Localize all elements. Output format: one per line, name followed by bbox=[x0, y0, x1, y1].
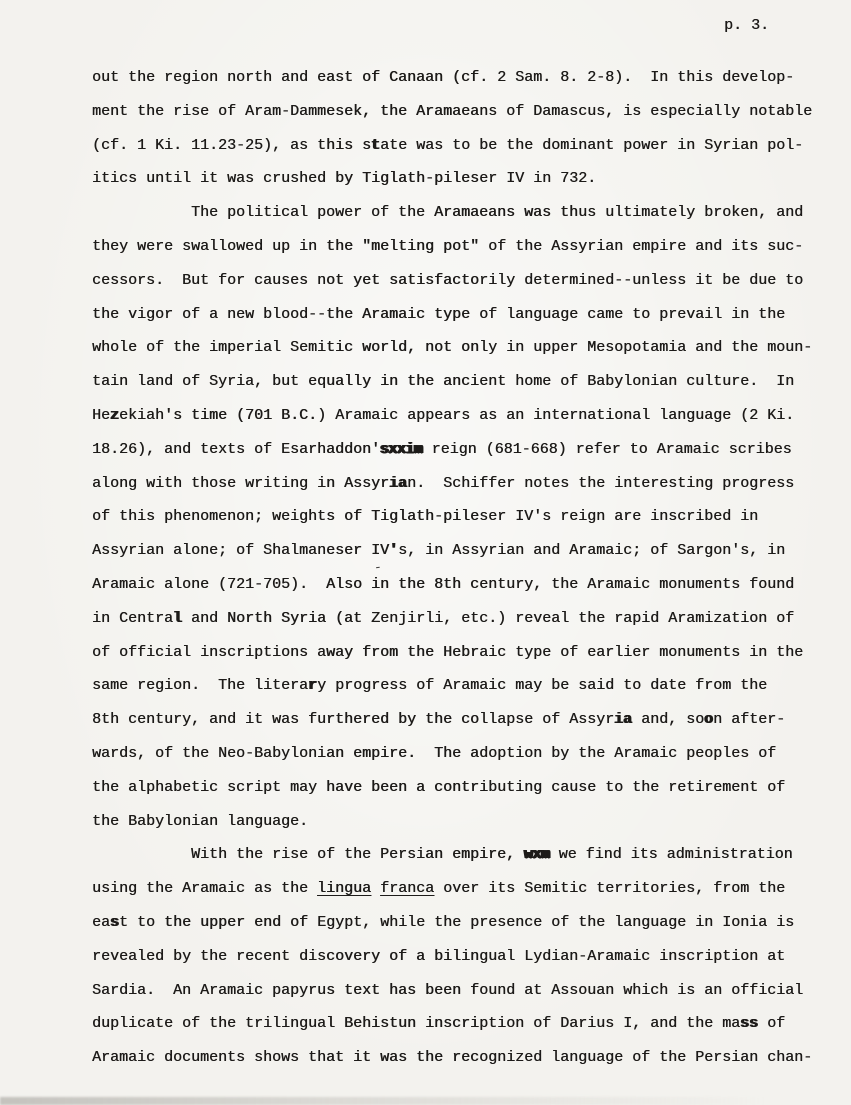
text-line: the vigor of a new blood--the Aramaic ty… bbox=[92, 298, 814, 332]
text-line: 8th century, and it was furthered by the… bbox=[92, 703, 814, 737]
text-line: same region. The literary progress of Ar… bbox=[92, 669, 814, 703]
page-number: p. 3. bbox=[724, 17, 769, 34]
text-line: out the region north and east of Canaan … bbox=[92, 61, 814, 95]
text-line: Hezekiah's time (701 B.C.) Aramaic appea… bbox=[92, 399, 814, 433]
text-line: the alphabetic script may have been a co… bbox=[92, 771, 814, 805]
text-line: (cf. 1 Ki. 11.23-25), as this state was … bbox=[92, 129, 814, 163]
text-line: using the Aramaic as the lingua franca o… bbox=[92, 872, 814, 906]
text-line: revealed by the recent discovery of a bi… bbox=[92, 940, 814, 974]
text-line: the Babylonian language. bbox=[92, 805, 814, 839]
text-line: ment the rise of Aram-Dammesek, the Aram… bbox=[92, 95, 814, 129]
text-line: Aramaic documents shows that it was the … bbox=[92, 1041, 814, 1075]
text-line: The political power of the Aramaeans was… bbox=[92, 196, 814, 230]
text-line: of official inscriptions away from the H… bbox=[92, 636, 814, 670]
text-line: tain land of Syria, but equally in the a… bbox=[92, 365, 814, 399]
text-line: 18.26), and texts of Esarhaddon'sxxim re… bbox=[92, 433, 814, 467]
text-line: With the rise of the Persian empire, wxm… bbox=[92, 838, 814, 872]
text-line: in Central and North Syria (at Zenjirli,… bbox=[92, 602, 814, 636]
text-line: Sardia. An Aramaic papyrus text has been… bbox=[92, 974, 814, 1008]
text-line: of this phenomenon; weights of Tiglath-p… bbox=[92, 500, 814, 534]
text-line: itics until it was crushed by Tiglath-pi… bbox=[92, 162, 814, 196]
text-line: Assyrian alone; of Shalmaneser IV's, in … bbox=[92, 534, 814, 568]
scan-edge-smudge bbox=[0, 1097, 851, 1105]
text-line: wards, of the Neo-Babylonian empire. The… bbox=[92, 737, 814, 771]
text-line: duplicate of the trilingual Behistun ins… bbox=[92, 1007, 814, 1041]
text-line: they were swallowed up in the "melting p… bbox=[92, 230, 814, 264]
text-line: east to the upper end of Egypt, while th… bbox=[92, 906, 814, 940]
document-body: out the region north and east of Canaan … bbox=[92, 61, 814, 1075]
text-line: along with those writing in Assyrian. Sc… bbox=[92, 467, 814, 501]
text-line: whole of the imperial Semitic world, not… bbox=[92, 331, 814, 365]
scanned-typewritten-page: p. 3. out the region north and east of C… bbox=[0, 0, 851, 1105]
text-line: Aramaic alone (721-705). Also in the 8th… bbox=[92, 568, 814, 602]
text-line: cessors. But for causes not yet satisfac… bbox=[92, 264, 814, 298]
